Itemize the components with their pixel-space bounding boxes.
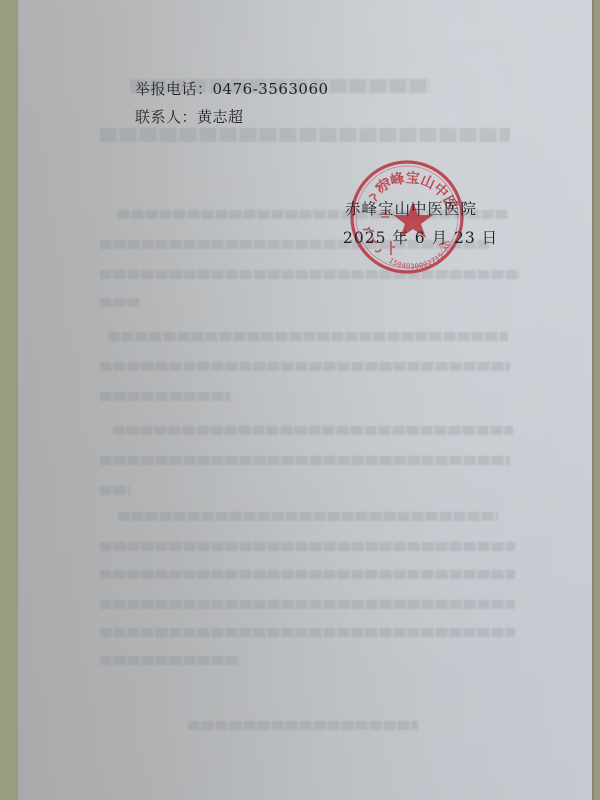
- svg-text:1504030002715: 1504030002715: [387, 250, 445, 271]
- contact-person-line: 联系人：黄志超: [135, 106, 244, 127]
- show-through-text: [100, 542, 515, 551]
- show-through-text: [100, 392, 230, 401]
- show-through-text: [100, 628, 515, 637]
- show-through-text: [188, 721, 418, 730]
- show-through-text: [113, 426, 513, 435]
- contact-person-name: 黄志超: [197, 108, 244, 126]
- show-through-text: [100, 456, 510, 465]
- show-through-text: [108, 332, 508, 341]
- show-through-text: [100, 362, 510, 371]
- show-through-text: [118, 512, 498, 521]
- show-through-text: [100, 298, 140, 307]
- show-through-text: [100, 600, 515, 609]
- signature-date: 2025 年 6 月 23 日: [343, 226, 498, 248]
- document-page: [18, 0, 592, 800]
- show-through-text: [100, 570, 515, 579]
- report-phone-label: 举报电话：: [135, 80, 213, 98]
- seal-serial-number: 1504030002715: [387, 250, 445, 271]
- report-phone-number: 0476-3563060: [213, 80, 329, 98]
- show-through-text: [100, 486, 130, 495]
- show-through-text: [100, 656, 240, 665]
- show-through-title: [100, 128, 510, 142]
- report-phone-line: 举报电话：0476-3563060: [135, 78, 329, 99]
- signature-organization: 赤峰宝山中医医院: [345, 197, 477, 219]
- contact-person-label: 联系人：: [135, 108, 197, 126]
